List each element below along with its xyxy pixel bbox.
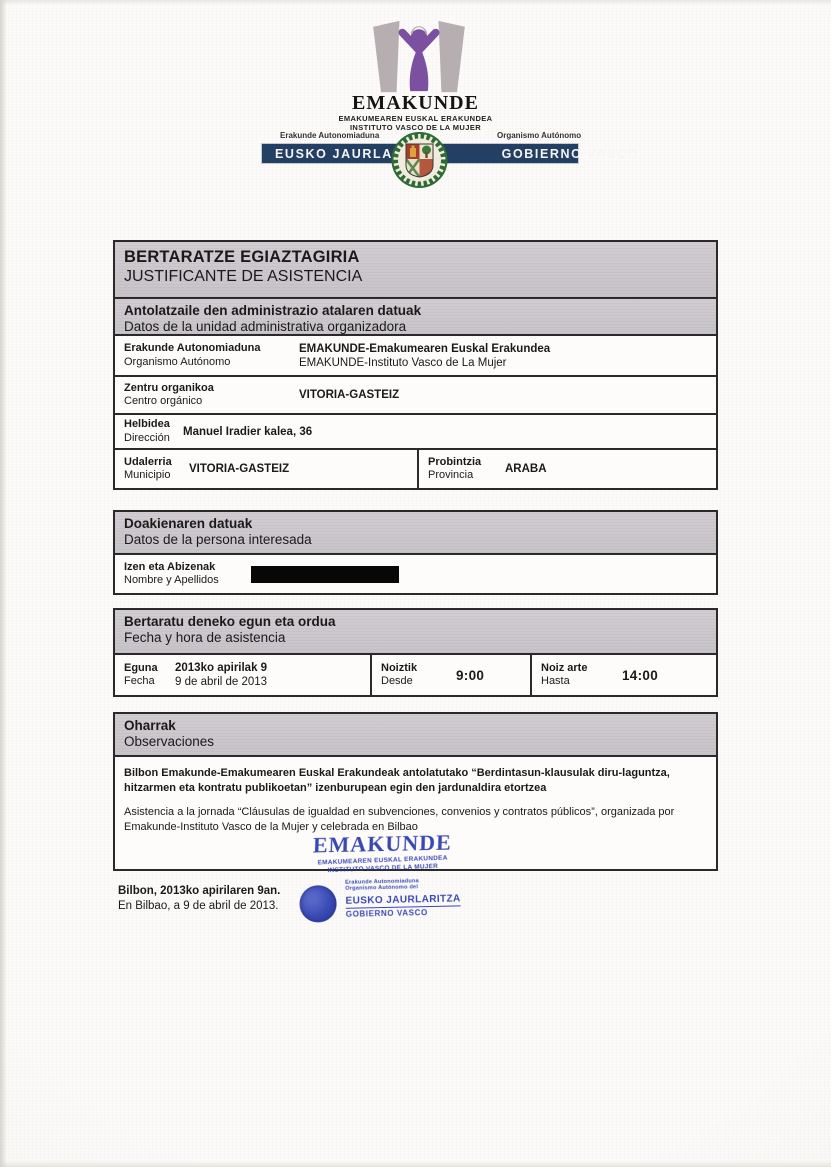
emakunde-ink-stamp: EMAKUNDE EMAKUMEAREN EUSKAL ERAKUNDEA IN… (282, 829, 484, 923)
province-field-value: ARABA (505, 463, 547, 475)
remarks-heading-es: Observaciones (124, 734, 707, 749)
document-title-es: JUSTIFICANTE DE ASISTENCIA (124, 268, 707, 286)
interested-person-box: Doakienaren datuak Datos de la persona i… (113, 510, 718, 595)
municipality-field-value: VITORIA-GASTEIZ (189, 463, 289, 475)
attendance-heading-eu: Bertaratu deneko egun eta ordua (124, 614, 707, 629)
time-from-value: 9:00 (456, 668, 484, 683)
stamp-gov-title-eu: EUSKO JAURLARITZA (345, 893, 460, 908)
remarks-heading-eu: Oharrak (124, 718, 707, 733)
autonomous-body-label-es: Organismo Autónomo (497, 131, 581, 140)
document-title: BERTARATZE EGIAZTAGIRIA JUSTIFICANTE DE … (115, 242, 716, 297)
date-field-label: Eguna Fecha (115, 662, 167, 689)
organic-center-field-label: Zentru organikoa Centro orgánico (115, 382, 299, 409)
scanned-certificate-page: EMAKUNDE EMAKUMEAREN EUSKAL ERAKUNDEA IN… (0, 0, 831, 1167)
interested-person-heading-eu: Doakienaren datuak (124, 516, 707, 531)
time-from-label: Noiztik Desde (372, 662, 428, 689)
emakunde-subtitle-eu: EMAKUMEAREN EUSKAL ERAKUNDEA (0, 114, 831, 123)
remarks-heading: Oharrak Observaciones (115, 714, 716, 755)
autonomous-body-field-label: Erakunde Autonomiaduna Organismo Autónom… (115, 342, 299, 369)
emakunde-wordmark: EMAKUNDE (0, 92, 831, 115)
place-date-es: En Bilbao, a 9 de abril de 2013. (118, 899, 280, 914)
organic-center-field-value: VITORIA-GASTEIZ (299, 389, 399, 401)
time-until-value: 14:00 (622, 668, 658, 683)
stamp-round-seal-icon (299, 885, 337, 923)
organizing-unit-heading-eu: Antolatzaile den administrazio atalaren … (124, 303, 707, 318)
stamp-government-block: Erakunde Autonomiaduna Organismo Autónom… (283, 877, 484, 923)
autonomous-body-label-eu: Erakunde Autonomiaduna (280, 131, 379, 140)
place-date-eu: Bilbon, 2013ko apirilaren 9an. (118, 884, 280, 899)
place-and-date: Bilbon, 2013ko apirilaren 9an. En Bilbao… (118, 884, 280, 914)
name-field-label: Izen eta Abizenak Nombre y Apellidos (115, 561, 243, 588)
stamp-gov-title-es: GOBIERNO VASCO (346, 907, 461, 918)
row-organic-center: Zentru organikoa Centro orgánico VITORIA… (115, 375, 716, 413)
organizing-unit-heading: Antolatzaile den administrazio atalaren … (115, 297, 716, 334)
interested-person-heading: Doakienaren datuak Datos de la persona i… (115, 512, 716, 553)
stamp-tiny-line-es: Organismo Autónomo del (345, 884, 460, 893)
municipality-cell: Udalerria Municipio VITORIA-GASTEIZ (115, 450, 417, 488)
time-from-cell: Noiztik Desde 9:00 (370, 655, 530, 695)
document-title-eu: BERTARATZE EGIAZTAGIRIA (124, 248, 707, 267)
time-until-cell: Noiz arte Hasta 14:00 (530, 655, 716, 695)
date-cell: Eguna Fecha 2013ko apirilak 9 9 de abril… (115, 655, 370, 695)
attendance-heading: Bertaratu deneko egun eta ordua Fecha y … (115, 610, 716, 653)
province-field-label: Probintzia Provincia (419, 456, 497, 483)
row-address: Helbidea Dirección Manuel Iradier kalea,… (115, 413, 716, 448)
redacted-name-value (251, 566, 399, 583)
time-until-label: Noiz arte Hasta (532, 662, 594, 689)
attendance-heading-es: Fecha y hora de asistencia (124, 630, 707, 645)
autonomous-body-field-value: EMAKUNDE-Emakumearen Euskal Erakundea EM… (299, 342, 550, 370)
attendance-datetime-box: Bertaratu deneko egun eta ordua Fecha y … (113, 608, 718, 697)
row-date-time: Eguna Fecha 2013ko apirilak 9 9 de abril… (115, 653, 716, 695)
municipality-field-label: Udalerria Municipio (115, 456, 181, 483)
province-cell: Probintzia Provincia ARABA (417, 450, 716, 488)
organizing-unit-heading-es: Datos de la unidad administrativa organi… (124, 319, 707, 334)
address-field-label: Helbidea Dirección (115, 418, 183, 445)
emakunde-logo-icon (358, 18, 480, 96)
basque-coat-of-arms-icon (391, 131, 448, 189)
row-name: Izen eta Abizenak Nombre y Apellidos (115, 553, 716, 593)
organizing-unit-box: BERTARATZE EGIAZTAGIRIA JUSTIFICANTE DE … (113, 240, 718, 490)
banner-title-es: GOBIERNO VASCO (502, 147, 639, 161)
row-autonomous-body: Erakunde Autonomiaduna Organismo Autónom… (115, 334, 716, 375)
address-field-value: Manuel Iradier kalea, 36 (183, 426, 312, 438)
date-field-value: 2013ko apirilak 9 9 de abril de 2013 (167, 661, 267, 689)
remarks-text-eu: Bilbon Emakunde-Emakumearen Euskal Eraku… (124, 766, 704, 796)
interested-person-heading-es: Datos de la persona interesada (124, 532, 707, 547)
row-municipality-province: Udalerria Municipio VITORIA-GASTEIZ Prob… (115, 448, 716, 488)
